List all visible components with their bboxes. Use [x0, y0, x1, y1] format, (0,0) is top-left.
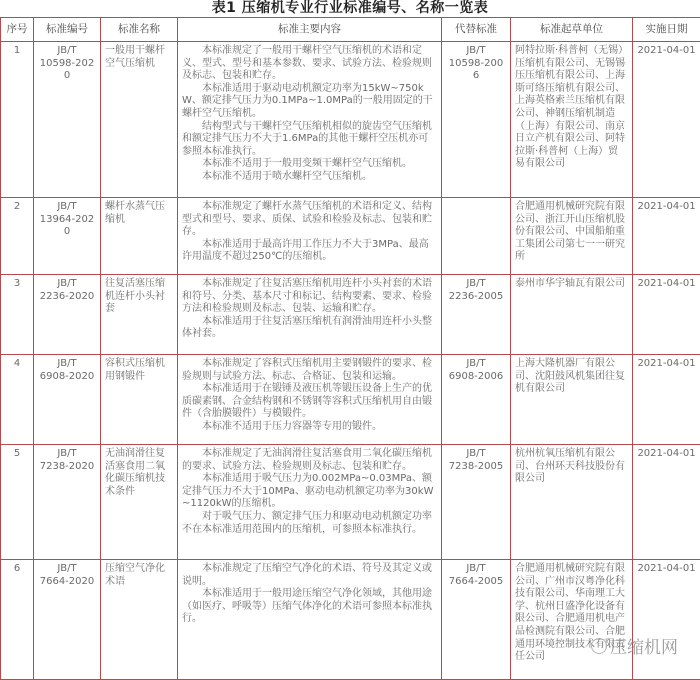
replaces-number: 7238-2005 — [446, 461, 506, 474]
replaces-number: 2236-2005 — [446, 291, 506, 304]
header-name: 标准名称 — [101, 18, 178, 42]
replaces-number: 6908-2006 — [446, 371, 506, 384]
replaces-prefix: JB/T — [446, 358, 506, 371]
cell-content: 本标准规定了螺杆水蒸气压缩机的术语和定义、结构型式和型号、要求、质保、试验和检验… — [178, 198, 442, 275]
watermark-text: 压缩机网 — [610, 633, 678, 658]
cell-drafters: 合肥通用机械研究院有限公司、浙江开山压缩机股份有限公司、中国船舶重工集团公司第七… — [511, 198, 633, 275]
table-row: 2 JB/T13964-2020 螺杆水蒸气压缩机 本标准规定了螺杆水蒸气压缩机… — [1, 198, 700, 275]
cell-replaces: JB/T7238-2005 — [442, 445, 511, 560]
code-number: 6908-2020 — [38, 371, 96, 384]
content-paragraph: 对于吸气压力、额定排气压力和驱动电动机额定功率不在本标准适用范围内的压缩机，可参… — [182, 511, 437, 536]
cell-content: 本标准规定了压缩空气净化的术语、符号及其定义或说明。 本标准适用于一般用途压缩空… — [178, 560, 442, 680]
header-content: 标准主要内容 — [178, 18, 442, 42]
cell-date: 2021-04-01 — [633, 355, 700, 445]
content-paragraph: 结构型式与干螺杆空气压缩机相似的旋齿空气压缩机和额定排气压力不大于1.6MPa的… — [182, 121, 437, 159]
header-no: 序号 — [1, 18, 34, 42]
cell-code: JB/T7664-2020 — [34, 560, 101, 680]
replaces-number: 10598-2006 — [446, 58, 506, 83]
content-paragraph: 本标准适用于驱动电动机额定功率为15kW~750kW、额定排气压力为0.1MPa… — [182, 83, 437, 121]
replaces-number: 7664-2005 — [446, 576, 506, 589]
content-paragraph: 本标准适用于在锻锤及液压机等锻压设备上生产的优质碳素钢、合金结构钢和不锈钢等容积… — [182, 383, 437, 421]
content-paragraph: 本标准规定了一般用干螺杆空气压缩机的术语和定义、型式、型号和基本参数、要求、试验… — [182, 45, 437, 83]
content-paragraph: 本标准适用于一般用途压缩空气净化领域，其他用途（如医疗、呼吸等）压缩气体净化的术… — [182, 588, 437, 626]
table-row: 1 JB/T10598-2020 一般用干螺杆空气压缩机 本标准规定了一般用干螺… — [1, 42, 700, 198]
cell-code: JB/T10598-2020 — [34, 42, 101, 198]
header-drafters: 标准起草单位 — [511, 18, 633, 42]
code-prefix: JB/T — [38, 278, 96, 291]
cell-no: 6 — [1, 560, 34, 680]
code-number: 7238-2020 — [38, 461, 96, 474]
cell-date: 2021-04-01 — [633, 198, 700, 275]
cell-date: 2021-04-01 — [633, 560, 700, 680]
cell-no: 5 — [1, 445, 34, 560]
cell-date: 2021-04-01 — [633, 275, 700, 355]
content-paragraph: 本标准适用于吸气压力为0.002MPa~0.03MPa、额定排气压力不大于10M… — [182, 473, 437, 511]
content-paragraph: 本标准规定了往复活塞压缩机用连杆小头衬套的术语和符号、分类、基本尺寸和标记、结构… — [182, 278, 437, 316]
cell-name: 一般用干螺杆空气压缩机 — [101, 42, 178, 198]
cell-replaces: JB/T6908-2006 — [442, 355, 511, 445]
cell-date: 2021-04-01 — [633, 445, 700, 560]
content-paragraph: 本标准不适用于一般用变频干螺杆空气压缩机。 — [182, 158, 437, 171]
header-replaces: 代替标准 — [442, 18, 511, 42]
cell-name: 压缩空气净化术语 — [101, 560, 178, 680]
watermark: 压缩机网 — [591, 633, 678, 658]
replaces-prefix: JB/T — [446, 278, 506, 291]
standards-table: 序号 标准编号 标准名称 标准主要内容 代替标准 标准起草单位 实施日期 1 J… — [0, 17, 700, 680]
cell-drafters: 阿特拉斯·科普柯（无锡）压缩机有限公司、无锡锡压压缩机有限公司、上海斯可络压缩机… — [511, 42, 633, 198]
header-date: 实施日期 — [633, 18, 700, 42]
cell-date: 2021-04-01 — [633, 42, 700, 198]
code-prefix: JB/T — [38, 45, 96, 58]
cell-name: 无油润滑往复活塞食用二氧化碳压缩机技术条件 — [101, 445, 178, 560]
table-row: 3 JB/T2236-2020 往复活塞压缩机连杆小头衬套 本标准规定了往复活塞… — [1, 275, 700, 355]
cell-no: 2 — [1, 198, 34, 275]
cell-drafters: 上海大隆机器厂有限公司、沈阳鼓风机集团往复机有限公司 — [511, 355, 633, 445]
cell-name: 螺杆水蒸气压缩机 — [101, 198, 178, 275]
code-prefix: JB/T — [38, 563, 96, 576]
table-row: 4 JB/T6908-2020 容积式压缩机用钢锻件 本标准规定了容积式压缩机用… — [1, 355, 700, 445]
cell-no: 4 — [1, 355, 34, 445]
replaces-prefix: JB/T — [446, 45, 506, 58]
content-paragraph: 本标准规定了压缩空气净化的术语、符号及其定义或说明。 — [182, 563, 437, 588]
cell-code: JB/T13964-2020 — [34, 198, 101, 275]
content-paragraph: 本标准适用于往复活塞压缩机有润滑油用连杆小头整体衬套。 — [182, 316, 437, 341]
watermark-logo-icon — [591, 638, 607, 654]
content-paragraph: 本标准规定了容积式压缩机用主要钢锻件的要求、检验规则与试验方法、标志、合格证、包… — [182, 358, 437, 383]
cell-code: JB/T7238-2020 — [34, 445, 101, 560]
code-prefix: JB/T — [38, 448, 96, 461]
code-number: 10598-2020 — [38, 58, 96, 83]
content-paragraph: 本标准不适用于压力容器等专用的锻件。 — [182, 421, 437, 434]
cell-content: 本标准规定了往复活塞压缩机用连杆小头衬套的术语和符号、分类、基本尺寸和标记、结构… — [178, 275, 442, 355]
code-number: 2236-2020 — [38, 291, 96, 304]
cell-content: 本标准规定了无油润滑往复活塞食用二氧化碳压缩机的要求、试验方法、检验规则及标志、… — [178, 445, 442, 560]
cell-content: 本标准规定了容积式压缩机用主要钢锻件的要求、检验规则与试验方法、标志、合格证、包… — [178, 355, 442, 445]
table-title: 表1 压缩机专业行业标准编号、名称一览表 — [0, 0, 700, 17]
cell-replaces: JB/T10598-2006 — [442, 42, 511, 198]
cell-code: JB/T2236-2020 — [34, 275, 101, 355]
code-prefix: JB/T — [38, 201, 96, 214]
table-row: 5 JB/T7238-2020 无油润滑往复活塞食用二氧化碳压缩机技术条件 本标… — [1, 445, 700, 560]
content-paragraph: 本标准规定了螺杆水蒸气压缩机的术语和定义、结构型式和型号、要求、质保、试验和检验… — [182, 201, 437, 239]
code-number: 13964-2020 — [38, 214, 96, 239]
content-paragraph: 本标准不适用于喷水螺杆空气压缩机。 — [182, 171, 437, 184]
code-number: 7664-2020 — [38, 576, 96, 589]
content-paragraph: 本标准规定了无油润滑往复活塞食用二氧化碳压缩机的要求、试验方法、检验规则及标志、… — [182, 448, 437, 473]
cell-no: 3 — [1, 275, 34, 355]
cell-replaces — [442, 198, 511, 275]
content-paragraph: 本标准适用于最高许用工作压力不大于3MPa、最高许用温度不超过250℃的压缩机。 — [182, 239, 437, 264]
cell-drafters: 泰州市华宇轴瓦有限公司 — [511, 275, 633, 355]
cell-replaces: JB/T7664-2005 — [442, 560, 511, 680]
cell-drafters: 杭州杭氧压缩机有限公司、台州环天科技股份有限公司 — [511, 445, 633, 560]
cell-name: 容积式压缩机用钢锻件 — [101, 355, 178, 445]
replaces-prefix: JB/T — [446, 563, 506, 576]
cell-drafters: 合肥通用机械研究院有限公司、广州市汉粤净化科技有限公司、华南理工大学、杭州日盛净… — [511, 560, 633, 680]
table-row: 6 JB/T7664-2020 压缩空气净化术语 本标准规定了压缩空气净化的术语… — [1, 560, 700, 680]
cell-no: 1 — [1, 42, 34, 198]
cell-name: 往复活塞压缩机连杆小头衬套 — [101, 275, 178, 355]
code-prefix: JB/T — [38, 358, 96, 371]
table-header-row: 序号 标准编号 标准名称 标准主要内容 代替标准 标准起草单位 实施日期 — [1, 18, 700, 42]
cell-code: JB/T6908-2020 — [34, 355, 101, 445]
cell-replaces: JB/T2236-2005 — [442, 275, 511, 355]
replaces-prefix: JB/T — [446, 448, 506, 461]
cell-content: 本标准规定了一般用干螺杆空气压缩机的术语和定义、型式、型号和基本参数、要求、试验… — [178, 42, 442, 198]
header-code: 标准编号 — [34, 18, 101, 42]
